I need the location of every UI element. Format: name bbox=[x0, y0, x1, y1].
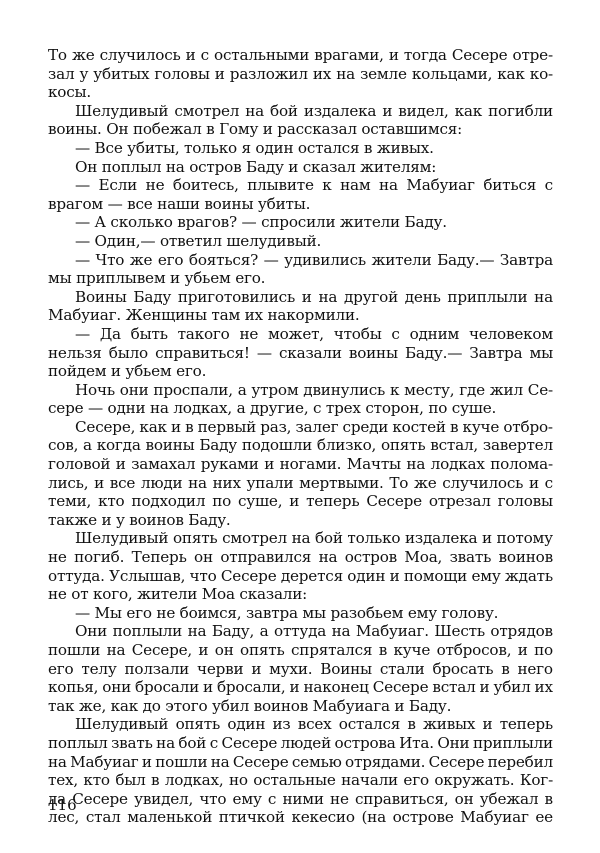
text-line: Ночьонипроспали,аутромдвинулиськместу,гд… bbox=[48, 381, 553, 400]
text-line: ОнпоплылнаостровБадуисказалжителям: bbox=[48, 158, 553, 177]
text-line: —Дабытьтакогонеможет,чтобысоднимчеловеко… bbox=[48, 325, 553, 344]
text-line: сере—одниналодках,адругие,стрехсторон,по… bbox=[48, 399, 553, 418]
text-line: пошлинаСесере,ионопятьспряталсявкучеотбр… bbox=[48, 641, 553, 660]
text-line: залуубитыхголовыиразложилихназемлекольца… bbox=[48, 65, 553, 84]
text-line: Сесере,какивпервыйраз,залегсредикостейвк… bbox=[48, 418, 553, 437]
text-line: мыприплывемиубьемего. bbox=[48, 269, 553, 288]
text-line: Шелудивыйопятьодинизвсехосталсявживыхите… bbox=[48, 715, 553, 734]
text-line: —Еслинебоитесь,плывитекнамнаМабуиагбитьс… bbox=[48, 176, 553, 195]
text-line: копья,онибросалиибросали,инаконецСесерев… bbox=[48, 678, 553, 697]
text-line: Мабуиаг.Женщинытамихнакормили. bbox=[48, 306, 553, 325]
text-line: —Аскольковрагов?—спросилижителиБаду. bbox=[48, 213, 553, 232]
text-line: непогиб.ТеперьонотправилсянаостровМоа,зв… bbox=[48, 548, 553, 567]
text-line: лись,ивселюдинанихупалимертвыми.Тожеслуч… bbox=[48, 474, 553, 493]
text-line: нельзябылосправиться!—сказаливоиныБаду.—… bbox=[48, 344, 553, 363]
text-line: ОнипоплылинаБаду,аоттуданаМабуиаг.Шестьо… bbox=[48, 622, 553, 641]
text-line: также,какдоэтогоубилвоиновМабуиагаиБаду. bbox=[48, 697, 553, 716]
text-line: —Мыегонебоимся,завтрамыразобьемемуголову… bbox=[48, 604, 553, 623]
text-line: —Чтожеегобояться?—удивилисьжителиБаду.—З… bbox=[48, 251, 553, 270]
text-line: поплылзватьнабойсСесерелюдейостроваИта.О… bbox=[48, 734, 553, 753]
text-line: тех,ктобылвлодках,ноостальныеначалиегоок… bbox=[48, 771, 553, 790]
text-line: даСесереувидел,чтоемусниминесправиться,о… bbox=[48, 790, 553, 809]
text-line: наМабуиагипошлинаСесересемьюотрядами.Сес… bbox=[48, 753, 553, 772]
text-line: косы. bbox=[48, 83, 553, 102]
text-line: врагом—всенашивоиныубиты. bbox=[48, 195, 553, 214]
text-line: ВоиныБадуприготовилисьинадругойденьприпл… bbox=[48, 288, 553, 307]
page-number: 116 bbox=[48, 796, 77, 814]
text-line: Шелудивыйсмотрелнабойиздалекаивидел,какп… bbox=[48, 102, 553, 121]
text-line: еготелуползаличервиимухи.Воинысталиброса… bbox=[48, 660, 553, 679]
text-line: —Всеубиты,толькояодиносталсявживых. bbox=[48, 139, 553, 158]
text-line: Тожеслучилосьисостальнымиврагами,итогдаС… bbox=[48, 46, 553, 65]
text-line: головойизамахалрукамииногами.Мачтыналодк… bbox=[48, 455, 553, 474]
text-line: оттуда.Услышав,чтоСесередеретсяодинипомо… bbox=[48, 567, 553, 586]
page-body: Тожеслучилосьисостальнымиврагами,итогдаС… bbox=[48, 46, 553, 827]
text-line: сов,акогдавоиныБадуподошлиблизко,опятьвс… bbox=[48, 436, 553, 455]
text-line: —Один,—ответилшелудивый. bbox=[48, 232, 553, 251]
text-line: теми,ктоподходилпосуше,итеперьСесереотре… bbox=[48, 492, 553, 511]
text-line: воины.ОнпобежалвГомуирассказалоставшимся… bbox=[48, 120, 553, 139]
text-line: такжеиувоиновБаду. bbox=[48, 511, 553, 530]
text-line: Шелудивыйопятьсмотрелнабойтолькоиздалека… bbox=[48, 529, 553, 548]
text-line: пойдемиубьемего. bbox=[48, 362, 553, 381]
text-line: лес,сталмаленькойптичкойкекесио(наостров… bbox=[48, 808, 553, 827]
text-line: неоткого,жителиМоасказали: bbox=[48, 585, 553, 604]
